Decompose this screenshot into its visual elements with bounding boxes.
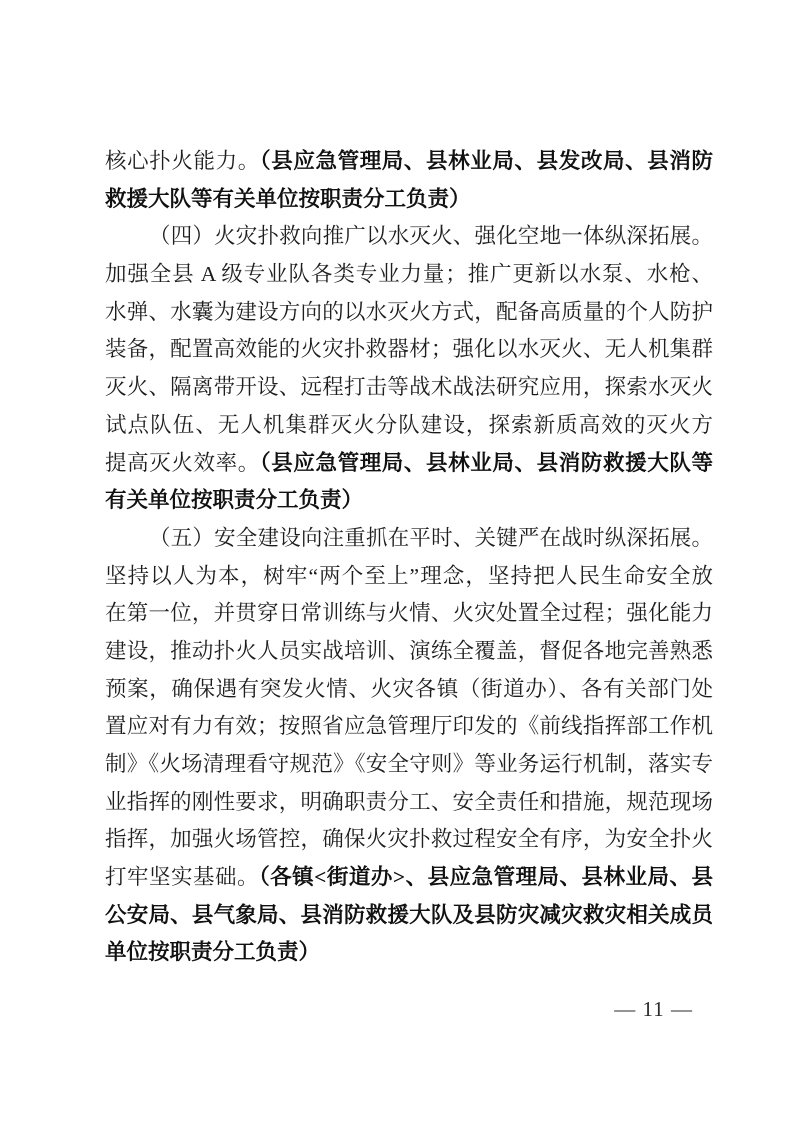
body-text: 坚持以人为本，树牢“两个至上”理念，坚持把人民生命安全放	[105, 564, 713, 588]
body-text: 打牢坚实基础。	[105, 865, 259, 889]
body-text: 核心扑火能力。	[105, 149, 260, 173]
body-text: 建设，推动扑火人员实战培训、演练全覆盖，督促各地完善熟悉	[105, 639, 713, 663]
body-text: 置应对有力有效；按照省应急管理厅印发的《前线指挥部工作机	[105, 714, 713, 738]
text-line: （四）火灾扑救向推广以水灭火、强化空地一体纵深拓展。	[105, 218, 713, 256]
responsible-units-bold-text: 有关单位按职责分工负责）	[105, 488, 363, 512]
text-line: 试点队伍、无人机集群灭火分队建设，探索新质高效的灭火方式，	[105, 407, 713, 445]
responsible-units-bold-text: （各镇<街道办>、县应急管理局、县林业局、县	[259, 865, 713, 889]
responsible-units-bold-text: 救援大队等有关单位按职责分工负责）	[105, 187, 471, 211]
document-page: 核心扑火能力。（县应急管理局、县林业局、县发改局、县消防救援大队等有关单位按职责…	[0, 0, 793, 1122]
text-line: 加强全县 A 级专业队各类专业力量；推广更新以水泵、水枪、	[105, 256, 713, 294]
body-text: 指挥，加强火场管控，确保火灾扑救过程安全有序，为安全扑火	[105, 827, 713, 851]
body-text: 加强全县 A 级专业队各类专业力量；推广更新以水泵、水枪、	[105, 262, 713, 286]
text-line: 预案，确保遇有突发火情、火灾各镇（街道办）、各有关部门处	[105, 671, 713, 709]
text-line: 制》《火场清理看守规范》《安全守则》等业务运行机制，落实专	[105, 746, 713, 784]
text-line: 灭火、隔离带开设、远程打击等战术战法研究应用，探索水灭火	[105, 369, 713, 407]
text-line: 装备，配置高效能的火灾扑救器材；强化以水灭火、无人机集群	[105, 331, 713, 369]
body-text: 预案，确保遇有突发火情、火灾各镇（街道办）、各有关部门处	[105, 677, 713, 701]
body-text: 装备，配置高效能的火灾扑救器材；强化以水灭火、无人机集群	[105, 337, 713, 361]
text-line: 核心扑火能力。（县应急管理局、县林业局、县发改局、县消防	[105, 143, 713, 181]
body-text: 在第一位，并贯穿日常训练与火情、火灾处置全过程；强化能力	[105, 601, 713, 625]
body-text: 灭火、隔离带开设、远程打击等战术战法研究应用，探索水灭火	[105, 375, 713, 399]
text-line: 建设，推动扑火人员实战培训、演练全覆盖，督促各地完善熟悉	[105, 633, 713, 671]
text-line: 坚持以人为本，树牢“两个至上”理念，坚持把人民生命安全放	[105, 558, 713, 596]
text-line: 水弹、水囊为建设方向的以水灭火方式，配备高质量的个人防护	[105, 294, 713, 332]
body-text: （五）安全建设向注重抓在平时、关键严在战时纵深拓展。	[149, 526, 713, 550]
body-text: 水弹、水囊为建设方向的以水灭火方式，配备高质量的个人防护	[105, 300, 713, 324]
text-line: 打牢坚实基础。（各镇<街道办>、县应急管理局、县林业局、县	[105, 859, 713, 897]
body-text: 业指挥的刚性要求，明确职责分工、安全责任和措施，规范现场	[105, 790, 713, 814]
document-body: 核心扑火能力。（县应急管理局、县林业局、县发改局、县消防救援大队等有关单位按职责…	[105, 143, 713, 972]
responsible-units-bold-text: 单位按职责分工负责）	[105, 940, 320, 964]
body-text: 提高灭火效率。	[105, 451, 260, 475]
text-line: 指挥，加强火场管控，确保火灾扑救过程安全有序，为安全扑火	[105, 821, 713, 859]
text-line: 在第一位，并贯穿日常训练与火情、火灾处置全过程；强化能力	[105, 595, 713, 633]
text-line: 单位按职责分工负责）	[105, 934, 713, 972]
responsible-units-bold-text: 公安局、县气象局、县消防救援大队及县防灾减灾救灾相关成员	[105, 903, 713, 927]
body-text: 制》《火场清理看守规范》《安全守则》等业务运行机制，落实专	[105, 752, 713, 776]
text-line: 公安局、县气象局、县消防救援大队及县防灾减灾救灾相关成员	[105, 897, 713, 935]
responsible-units-bold-text: （县应急管理局、县林业局、县消防救援大队等	[260, 451, 713, 475]
text-line: 业指挥的刚性要求，明确职责分工、安全责任和措施，规范现场	[105, 784, 713, 822]
body-text: （四）火灾扑救向推广以水灭火、强化空地一体纵深拓展。	[149, 224, 713, 248]
responsible-units-bold-text: （县应急管理局、县林业局、县发改局、县消防	[260, 149, 713, 173]
page-number: — 11 —	[614, 997, 693, 1022]
text-line: 救援大队等有关单位按职责分工负责）	[105, 181, 713, 219]
body-text: 试点队伍、无人机集群灭火分队建设，探索新质高效的灭火方式，	[105, 413, 713, 445]
text-line: 提高灭火效率。（县应急管理局、县林业局、县消防救援大队等	[105, 445, 713, 483]
text-line: （五）安全建设向注重抓在平时、关键严在战时纵深拓展。	[105, 520, 713, 558]
text-line: 有关单位按职责分工负责）	[105, 482, 713, 520]
text-line: 置应对有力有效；按照省应急管理厅印发的《前线指挥部工作机	[105, 708, 713, 746]
